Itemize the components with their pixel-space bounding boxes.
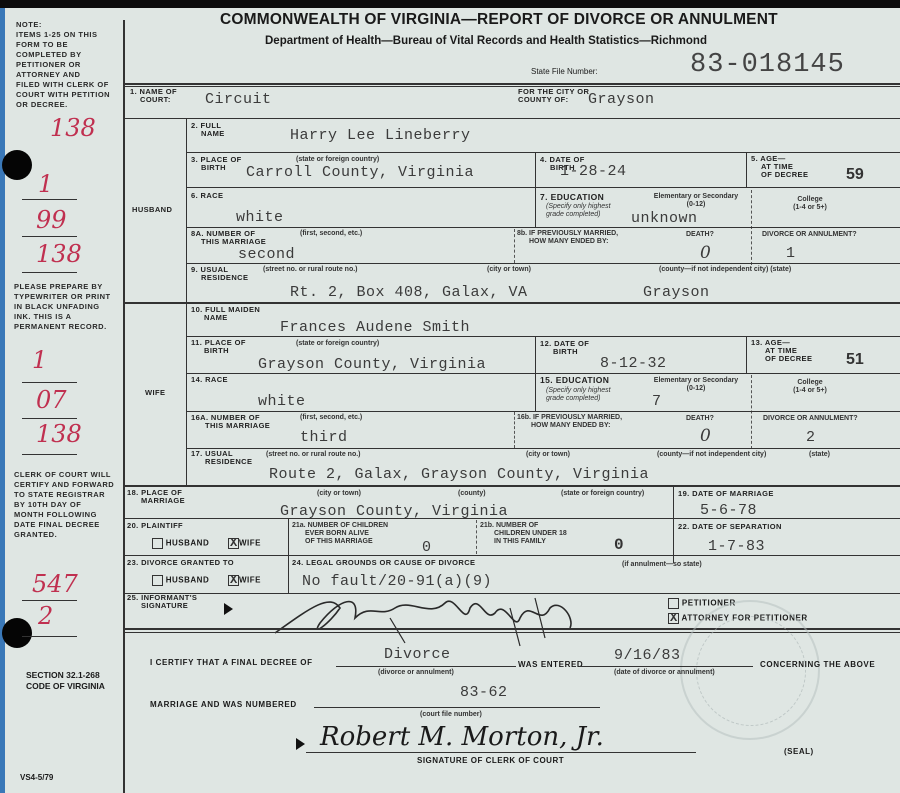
option-label: HUSBAND (166, 539, 210, 548)
code-reference: SECTION 32.1-268CODE OF VIRGINIA (26, 670, 105, 692)
husband-residence-label: 9. USUALRESIDENCE (191, 266, 248, 282)
rule (125, 485, 900, 487)
handwritten-number: 07 (36, 386, 67, 414)
husband-birthplace-label: 3. PLACE OFBIRTH (191, 156, 242, 172)
rule (125, 86, 900, 87)
hint: Elementary or Secondary(0-12) (641, 377, 751, 393)
form-subtitle: Department of Health—Bureau of Vital Rec… (265, 35, 707, 47)
county-label: FOR THE CITY ORCOUNTY OF: (518, 88, 589, 104)
hint: Elementary or Secondary(0-12) (641, 193, 751, 209)
state-file-number: 83-018145 (690, 50, 845, 80)
hint: (Specify only highestgrade completed) (546, 203, 611, 219)
rule (125, 118, 900, 119)
scan-edge (0, 8, 5, 793)
rule (186, 373, 900, 374)
rule (306, 752, 696, 753)
hint: DIVORCE OR ANNULMENT? (762, 231, 857, 239)
husband-age: 59 (846, 166, 864, 184)
husband-marriage-number-label: 8a. NUMBER OFTHIS MARRIAGE (191, 230, 266, 246)
hint: (first, second, etc.) (300, 414, 362, 422)
sidebar-instructions: PLEASE PREPARE BYTYPEWRITER OR PRINTIN B… (14, 282, 111, 332)
marriage-place-label: 18. PLACE OFMARRIAGE (127, 489, 185, 505)
rule (125, 518, 900, 519)
husband-name-label: 2. FULLNAME (191, 122, 225, 138)
fraction-line (22, 636, 77, 637)
husband-prev-death: 0 (700, 243, 711, 263)
wife-dob-label: 12. DATE OFBIRTH (540, 340, 589, 356)
hint: (street no. or rural route no.) (263, 266, 358, 274)
wife-education-elementary: 7 (652, 393, 662, 410)
children-born-label: 21a. NUMBER OF CHILDRENEVER BORN ALIVEOF… (292, 522, 388, 546)
granted-wife-option[interactable]: WIFE (228, 575, 261, 586)
husband-race-label: 6. RACE (191, 192, 223, 200)
separation-date-label: 22. DATE OF SEPARATION (678, 523, 782, 531)
fraction-line (22, 236, 77, 237)
hint: (state) (809, 451, 830, 459)
court-name: Circuit (205, 91, 272, 108)
rule (535, 152, 536, 187)
wife-race: white (258, 393, 306, 410)
handwritten-number: 1 (38, 170, 53, 198)
entered-text: WAS ENTERED (518, 660, 583, 669)
children-under-18-label: 21b. NUMBER OFCHILDREN UNDER 18IN THIS F… (480, 522, 567, 546)
plaintiff-wife-option[interactable]: WIFE (228, 538, 261, 549)
rule (186, 336, 900, 337)
wife-age: 51 (846, 351, 864, 369)
rule (336, 666, 516, 667)
fraction-line (22, 454, 77, 455)
form-number: VS4-5/79 (20, 773, 53, 782)
husband-birthplace: Carroll County, Virginia (246, 164, 474, 181)
hint: (state or foreign country) (296, 340, 379, 348)
granted-husband-checkbox[interactable] (152, 575, 163, 586)
sidebar-clerk-note: CLERK OF COURT WILLCERTIFY AND FORWARDTO… (14, 470, 114, 540)
plaintiff-husband-option[interactable]: HUSBAND (152, 538, 209, 549)
husband-education-elementary: unknown (631, 210, 698, 227)
handwritten-number: 547 (32, 570, 78, 598)
husband-age-label: 5. AGE—AT TIMEOF DECREE (751, 155, 808, 179)
grounds-label: 24. LEGAL GROUNDS OR CAUSE OF DIVORCE (292, 559, 475, 567)
hint: (court file number) (420, 711, 482, 719)
wife-prev-divorce: 2 (806, 429, 816, 446)
rule (514, 412, 515, 448)
hint: (city or town) (526, 451, 570, 459)
court-file-number: 83-62 (460, 684, 508, 701)
husband-full-name: Harry Lee Lineberry (290, 127, 471, 144)
fraction-line (22, 272, 77, 273)
plaintiff-wife-checkbox[interactable] (228, 538, 239, 549)
section-divider (186, 304, 187, 485)
rule (186, 152, 900, 153)
handwritten-number: 99 (36, 206, 67, 234)
attorney-checkbox[interactable] (668, 613, 679, 624)
rule (751, 375, 752, 449)
plaintiff-label: 20. PLAINTIFF (127, 522, 183, 530)
wife-prev-married-label: 16b. IF PREVIOUSLY MARRIED,HOW MANY ENDE… (517, 414, 622, 430)
hint: DEATH? (686, 231, 714, 239)
rule (186, 411, 900, 412)
wife-marriage-number: third (300, 429, 348, 446)
certify-text: I CERTIFY THAT A FINAL DECREE OF (150, 658, 313, 667)
rule (514, 229, 515, 263)
children-born: 0 (422, 539, 432, 556)
hint: (city or town) (487, 266, 531, 274)
concerning-text: CONCERNING THE ABOVE (760, 660, 875, 669)
hint: DEATH? (686, 415, 714, 423)
children-under-18: 0 (614, 536, 624, 554)
punch-hole (2, 618, 32, 648)
rule (746, 152, 747, 187)
wife-full-name: Frances Audene Smith (280, 319, 470, 336)
rule (125, 555, 900, 556)
wife-education-label: 15. EDUCATION (540, 376, 609, 384)
fraction-line (22, 199, 77, 200)
rule (186, 263, 900, 264)
husband-prev-divorce: 1 (786, 245, 796, 262)
punch-hole (2, 150, 32, 180)
husband-section-label: HUSBAND (132, 206, 172, 214)
wife-section-label: WIFE (145, 389, 165, 397)
wife-dob: 8-12-32 (600, 355, 667, 372)
fraction-line (22, 418, 77, 419)
hint: (county—if not independent city) (657, 451, 766, 459)
wife-birthplace: Grayson County, Virginia (258, 356, 486, 373)
hint: College(1-4 or 5+) (780, 379, 840, 395)
husband-race: white (236, 209, 284, 226)
plaintiff-husband-checkbox[interactable] (152, 538, 163, 549)
arrow-icon (296, 738, 305, 750)
handwritten-number: 138 (36, 240, 82, 268)
husband-residence-street: Rt. 2, Box 408, Galax, VA (290, 284, 528, 301)
decree-date: 9/16/83 (614, 647, 681, 664)
husband-prev-married-label: 8b. IF PREVIOUSLY MARRIED,HOW MANY ENDED… (517, 230, 618, 246)
hint: DIVORCE OR ANNULMENT? (763, 415, 858, 423)
hint: (Specify only highestgrade completed) (546, 387, 611, 403)
seal-label: (SEAL) (784, 747, 814, 756)
county-name: Grayson (588, 91, 655, 108)
hint: (if annulment—so state) (622, 561, 702, 569)
rule (535, 336, 536, 373)
wife-residence: Route 2, Galax, Grayson County, Virginia (269, 466, 649, 483)
husband-dob: 1-28-24 (560, 163, 627, 180)
handwritten-number: 1 (32, 346, 47, 374)
hint: (first, second, etc.) (300, 230, 362, 238)
rule (535, 187, 536, 227)
rule (186, 227, 900, 228)
clerk-signature: Robert M. Morton, Jr. (320, 722, 604, 752)
hint: (divorce or annulment) (378, 669, 454, 677)
sidebar-note: NOTE:ITEMS 1-25 ON THISFORM TO BECOMPLET… (16, 20, 110, 110)
rule (186, 187, 900, 188)
hint: (county) (458, 490, 486, 498)
clerk-signature-label: SIGNATURE OF CLERK OF COURT (417, 756, 564, 765)
rule (125, 302, 900, 304)
wife-name-label: 10. FULL MAIDENNAME (191, 306, 260, 322)
sidebar-divider (123, 20, 125, 793)
section-divider (186, 118, 187, 302)
form-title: COMMONWEALTH OF VIRGINIA—REPORT OF DIVOR… (220, 11, 778, 29)
hint: (date of divorce or annulment) (614, 669, 715, 677)
hint: (street no. or rural route no.) (266, 451, 361, 459)
marriage-date: 5-6-78 (700, 502, 757, 519)
handwritten-number: 2 (38, 602, 53, 630)
hint: (state or foreign country) (296, 156, 379, 164)
rule (580, 666, 753, 667)
hint: (county—if not independent city) (state) (659, 266, 791, 274)
decree-type: Divorce (384, 646, 451, 663)
granted-husband-option[interactable]: HUSBAND (152, 575, 209, 586)
numbered-text: MARRIAGE AND WAS NUMBERED (150, 700, 297, 709)
rule (125, 83, 900, 85)
hint: College(1-4 or 5+) (780, 196, 840, 212)
wife-residence-label: 17. USUALRESIDENCE (191, 450, 252, 466)
rule (476, 520, 477, 554)
wife-race-label: 14. RACE (191, 376, 228, 384)
informant-label: 25. INFORMANT'SSIGNATURE (127, 594, 197, 610)
rule (186, 448, 900, 449)
marriage-date-label: 19. DATE OF MARRIAGE (678, 490, 774, 498)
wife-birthplace-label: 11. PLACE OFBIRTH (191, 339, 246, 355)
petitioner-checkbox[interactable] (668, 598, 679, 609)
rule (746, 336, 747, 373)
husband-education-label: 7. EDUCATION (540, 193, 604, 201)
handwritten-number: 138 (50, 114, 96, 142)
wife-prev-death: 0 (700, 426, 711, 446)
arrow-icon (224, 603, 233, 615)
fraction-line (22, 600, 77, 601)
option-label: WIFE (239, 539, 261, 548)
fraction-line (22, 382, 77, 383)
wife-marriage-number-label: 16a. NUMBER OFTHIS MARRIAGE (191, 414, 270, 430)
state-file-label: State File Number: (531, 67, 598, 76)
option-label: HUSBAND (166, 576, 210, 585)
option-label: WIFE (239, 576, 261, 585)
rule (288, 518, 289, 594)
husband-residence-county: Grayson (643, 284, 710, 301)
husband-marriage-number: second (238, 246, 295, 263)
rule (314, 707, 600, 708)
court-label: 1. NAME OFCOURT: (130, 88, 177, 104)
hint: (state or foreign country) (561, 490, 644, 498)
granted-wife-checkbox[interactable] (228, 575, 239, 586)
informant-signature (270, 588, 590, 648)
wife-age-label: 13. AGE—AT TIMEOF DECREE (751, 339, 812, 363)
hint: (city or town) (317, 490, 361, 498)
separation-date: 1-7-83 (708, 538, 765, 555)
handwritten-number: 138 (36, 420, 82, 448)
rule (673, 487, 674, 563)
rule (535, 373, 536, 411)
granted-to-label: 23. DIVORCE GRANTED TO (127, 559, 234, 567)
